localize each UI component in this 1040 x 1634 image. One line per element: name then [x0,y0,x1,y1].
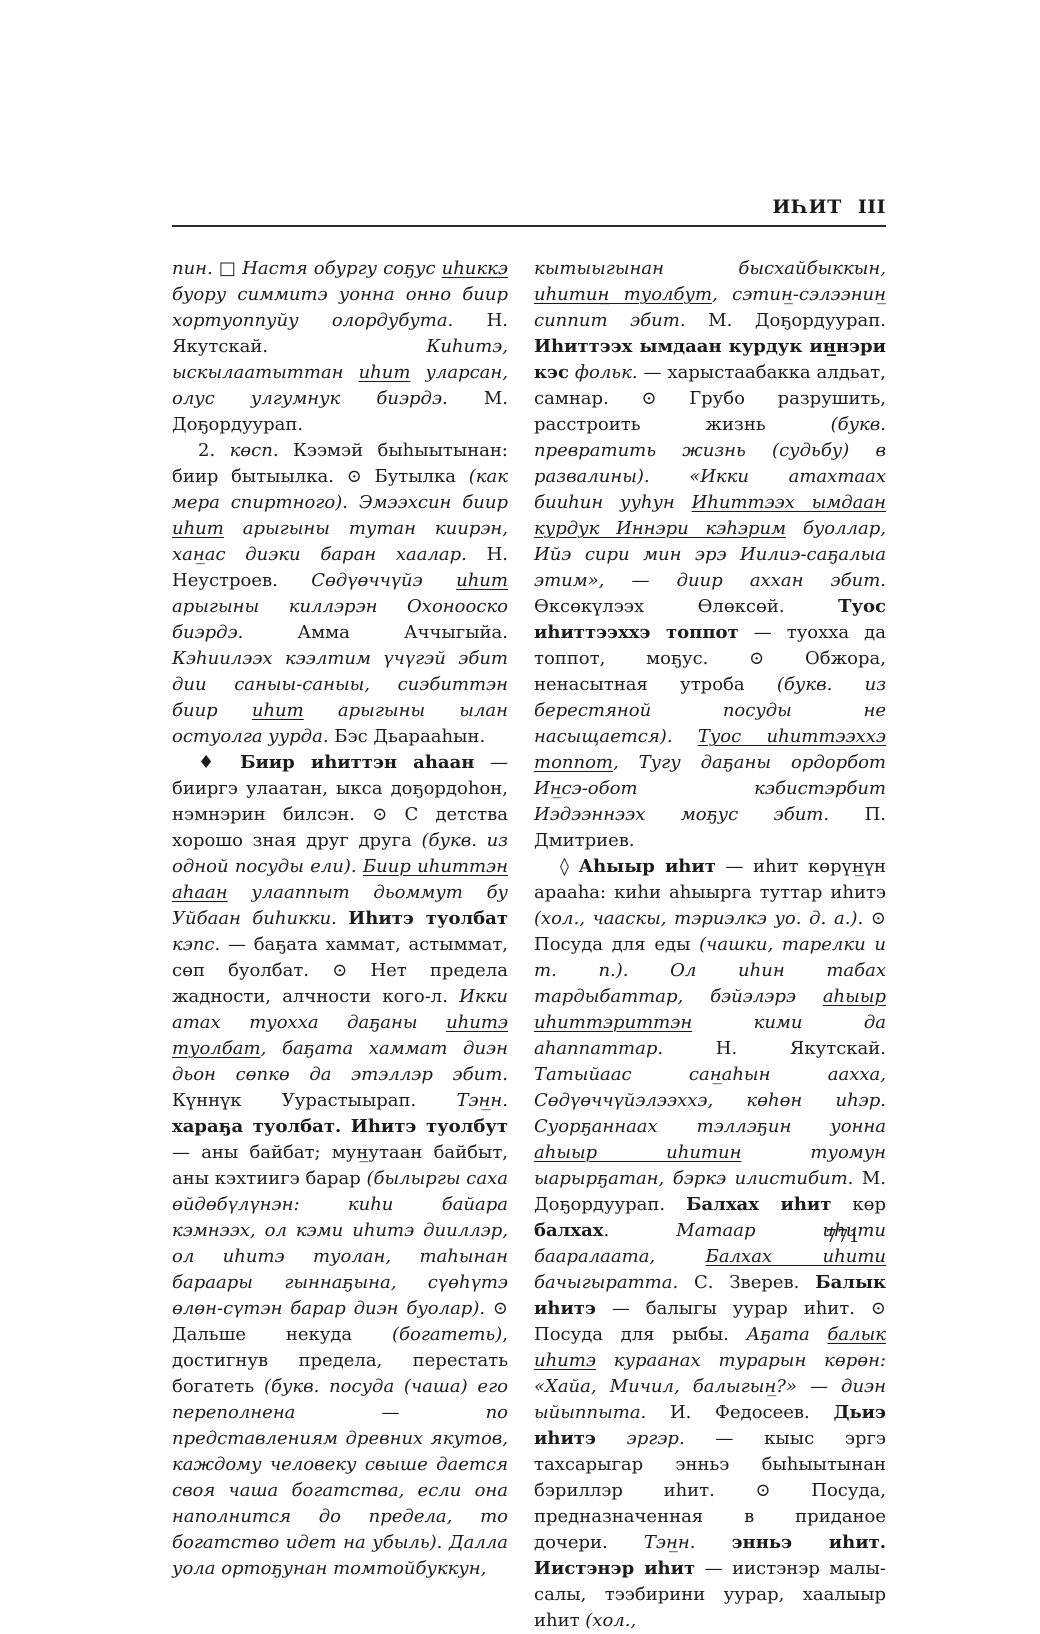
text-block: пин. □ Настя обургу соҕус иһиккэ буору с… [172,256,886,1634]
text-run [673,726,698,747]
illustration-marker-icon: □ [219,258,242,279]
text-run: Балхах иһит [686,1194,831,1215]
text-run: иһит [359,362,411,383]
translation-marker-icon: ⊙ [332,960,370,981]
page-footer: 771 [172,1226,860,1247]
text-run: Иһитэ туолбат [348,908,508,929]
text-run: фольк. [569,362,638,383]
text-run: Н. Якутскай. [663,1038,886,1059]
text-run: көсп. [230,440,293,461]
text-run: бачыгыратта. [534,1272,678,1293]
paragraph: ♦ Биир иһиттэн аһаан — бииргэ улаатан, ы… [172,750,508,1582]
text-run: иһиккэ [442,258,508,279]
text-run: хараҕа туолбат. Иһитэ туолбут [172,1116,508,1137]
text-run: Аҕата [747,1324,828,1345]
text-run: Өксөкүлээх Өлөксөй. [534,596,838,617]
text-run: кытыыгынан бысхайбыккын, [534,258,886,279]
text-run: (хол., [585,1610,636,1631]
text-run: аһыыр иһитин [534,1142,741,1163]
text-run: иһит [252,700,304,721]
text-run: (богатеть) [392,1324,502,1345]
text-run: көр [831,1194,886,1215]
text-run: И. Федосеев. [646,1402,833,1423]
text-run: — балыгы уурар иһит. [596,1298,871,1319]
left-column: пин. □ Настя обургу соҕус иһиккэ буору с… [172,256,508,1634]
paragraph: 2. көсп. Кээмэй быһыытынан: биир бытыылк… [172,438,508,750]
text-run: Тэн̲н. [456,1090,508,1111]
text-run: Балхах иһити [706,1246,886,1267]
text-run: иһит [456,570,508,591]
phrase-marker-icon: ♦ [198,752,240,773]
translation-marker-icon: ⊙ [871,908,886,929]
text-run: 2. [198,440,230,461]
translation-marker-icon: ⊙ [641,388,689,409]
page-header-title: ИҺИТ III [772,196,886,218]
text-run: пин. [172,258,219,279]
translation-marker-icon: ⊙ [749,648,805,669]
text-run [485,1298,493,1319]
text-run: (букв. посуда (чаша) его переполнена — п… [172,1376,508,1553]
paragraph: кытыыгынан бысхайбыккын, иһитин̲ туолбут… [534,256,886,854]
text-run: Посуда для рыбы. [534,1324,747,1345]
text-run: Аһыыр иһит [578,856,715,877]
text-run: иһитин̲ туолбут [534,284,712,305]
text-run: Күннүк Уурастыырап. [172,1090,456,1111]
running-header: ИҺИТ III [172,196,886,227]
text-run: Бутылка [374,466,468,487]
paragraph: пин. □ Настя обургу соҕус иһиккэ буору с… [172,256,508,438]
text-run: Настя обургу соҕус [242,258,441,279]
translation-marker-icon: ⊙ [347,466,375,487]
translation-marker-icon: ⊙ [493,1298,508,1319]
text-run: (хол., чааскы, тэриэлкэ уо. д. а.). [534,908,863,929]
text-run: Посуда для еды [534,934,699,955]
text-run: Бэс Дьарааһын. [329,726,486,747]
text-run: Тэн̲н. [644,1532,732,1553]
text-run: С. Зверев. [678,1272,815,1293]
text-run: эргэр. [596,1428,685,1449]
text-run: Амма Аччыгыйа. [243,622,508,643]
text-run: Сөдүөччүйэ [311,570,456,591]
collocation-marker-icon: ◊ [560,856,578,877]
text-run [863,908,871,929]
text-run: М. Доҕордуурап. [686,310,886,331]
text-run: Эмээхсин биир [359,492,508,513]
page-number: 771 [826,1226,860,1247]
dictionary-page: ИҺИТ III пин. □ Настя обургу соҕус иһикк… [0,0,1040,1473]
translation-marker-icon: ⊙ [756,1480,812,1501]
text-run: Татыйаас сан̲аһын аахха, Сөдүөччүйэлээхх… [534,1064,886,1137]
text-run: кэпс. [172,934,220,955]
translation-marker-icon: ⊙ [871,1298,886,1319]
translation-marker-icon: ⊙ [372,804,404,825]
text-run: иһит [172,518,224,539]
text-run: Дальше некуда [172,1324,392,1345]
text-run: Биир иһиттэн аһаан [240,752,474,773]
right-column: кытыыгынан бысхайбыккын, иһитин̲ туолбут… [534,256,886,1634]
text-run [337,908,348,929]
